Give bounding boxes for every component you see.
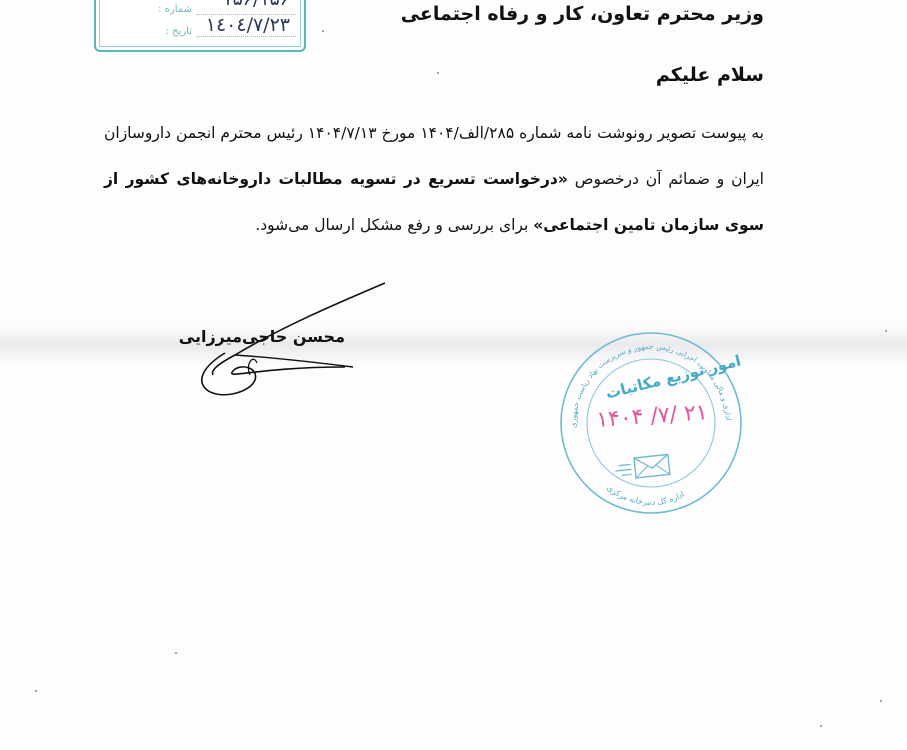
scan-speck bbox=[437, 72, 439, 74]
registration-date-value: ١٤٠٤/٧/٢٣ bbox=[206, 14, 290, 36]
registration-date-row: تاریخ : ١٤٠٤/٧/٢٣ bbox=[166, 18, 296, 37]
addressee: وزیر محترم تعاون، کار و رفاه اجتماعی bbox=[401, 3, 764, 25]
registration-number-line: ۱۵۶/۱۵۶ bbox=[196, 0, 296, 15]
scan-speck bbox=[175, 652, 177, 654]
greeting: سلام علیکم bbox=[656, 64, 764, 86]
registration-number-label: شماره : bbox=[158, 4, 192, 15]
body-text-part2: برای بررسی و رفع مشکل ارسال می‌شود. bbox=[255, 216, 533, 234]
registration-box: شماره : ۱۵۶/۱۵۶ تاریخ : ١٤٠٤/٧/٢٣ bbox=[94, 0, 306, 52]
registration-number-value: ۱۵۶/۱۵۶ bbox=[222, 0, 290, 10]
handwritten-signature-icon bbox=[195, 275, 395, 400]
scan-speck bbox=[322, 30, 324, 32]
scan-speck bbox=[820, 725, 822, 727]
letter-body: به پیوست تصویر رونوشت نامه شماره ۲۸۵/الف… bbox=[104, 110, 764, 248]
scan-speck bbox=[35, 690, 37, 692]
registration-date-label: تاریخ : bbox=[166, 26, 192, 37]
registration-date-line: ١٤٠٤/٧/٢٣ bbox=[196, 18, 296, 37]
scan-speck bbox=[885, 330, 887, 332]
scan-fold-shadow bbox=[0, 325, 907, 365]
envelope-icon bbox=[614, 454, 670, 480]
scan-speck bbox=[880, 700, 882, 702]
registration-number-row: شماره : ۱۵۶/۱۵۶ bbox=[158, 0, 296, 15]
letter-page: شماره : ۱۵۶/۱۵۶ تاریخ : ١٤٠٤/٧/٢٣ وزیر م… bbox=[0, 0, 907, 750]
